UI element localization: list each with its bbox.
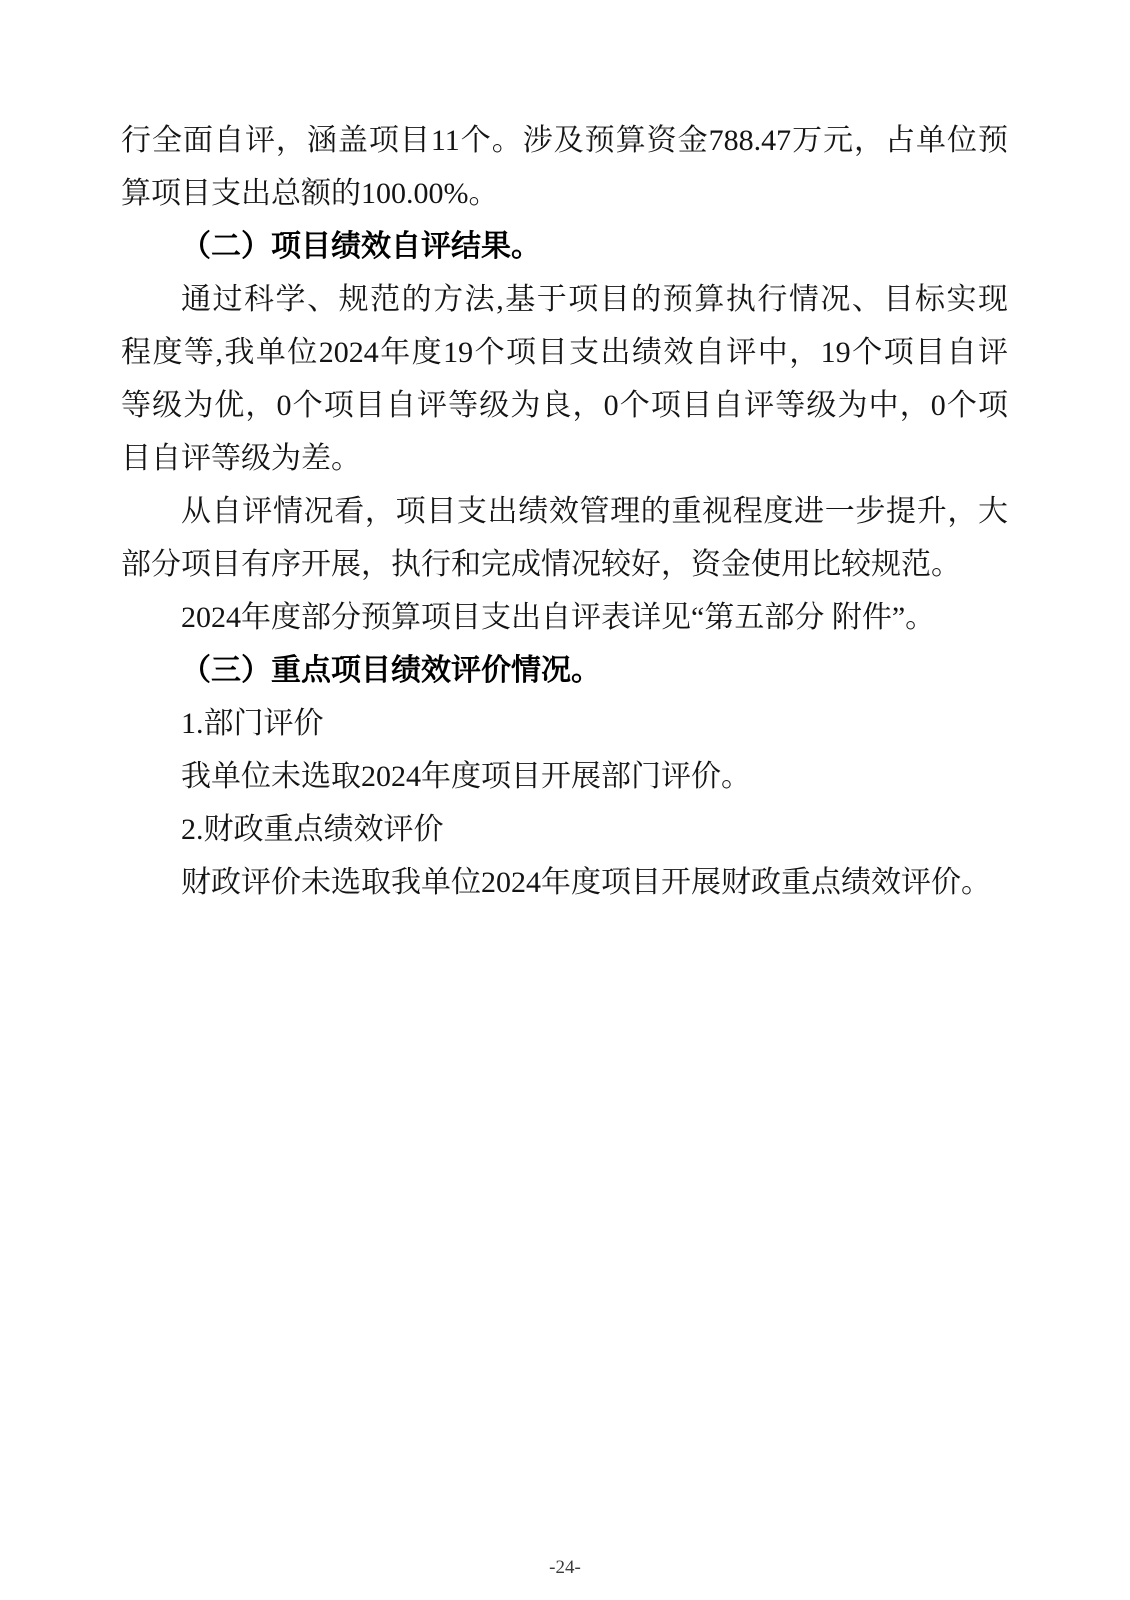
body-line: 财政评价未选取我单位2024年度项目开展财政重点绩效评价。 bbox=[121, 856, 1008, 909]
page-number: -24- bbox=[0, 1556, 1130, 1580]
body-line: 从自评情况看，项目支出绩效管理的重视程度进一步提升，大 bbox=[121, 485, 1008, 538]
body-line: 部分项目有序开展，执行和完成情况较好，资金使用比较规范。 bbox=[121, 538, 1008, 591]
body-line: 目自评等级为差。 bbox=[121, 432, 1008, 485]
body-line: 程度等,我单位2024年度19个项目支出绩效自评中，19个项目自评 bbox=[121, 326, 1008, 379]
body-line: 行全面自评，涵盖项目11个。涉及预算资金788.47万元，占单位预 bbox=[121, 114, 1008, 167]
list-item-1: 1.部门评价 bbox=[121, 697, 1008, 750]
body-line: 等级为优，0个项目自评等级为良，0个项目自评等级为中，0个项 bbox=[121, 379, 1008, 432]
body-line: 我单位未选取2024年度项目开展部门评价。 bbox=[121, 750, 1008, 803]
section-heading-2: （二）项目绩效自评结果。 bbox=[121, 220, 1008, 273]
body-line: 2024年度部分预算项目支出自评表详见“第五部分 附件”。 bbox=[121, 591, 1008, 644]
document-page: 行全面自评，涵盖项目11个。涉及预算资金788.47万元，占单位预 算项目支出总… bbox=[0, 0, 1130, 1600]
document-body: 行全面自评，涵盖项目11个。涉及预算资金788.47万元，占单位预 算项目支出总… bbox=[121, 114, 1008, 909]
body-line: 算项目支出总额的100.00%。 bbox=[121, 167, 1008, 220]
list-item-2: 2.财政重点绩效评价 bbox=[121, 803, 1008, 856]
section-heading-3: （三）重点项目绩效评价情况。 bbox=[121, 644, 1008, 697]
body-line: 通过科学、规范的方法,基于项目的预算执行情况、目标实现 bbox=[121, 273, 1008, 326]
